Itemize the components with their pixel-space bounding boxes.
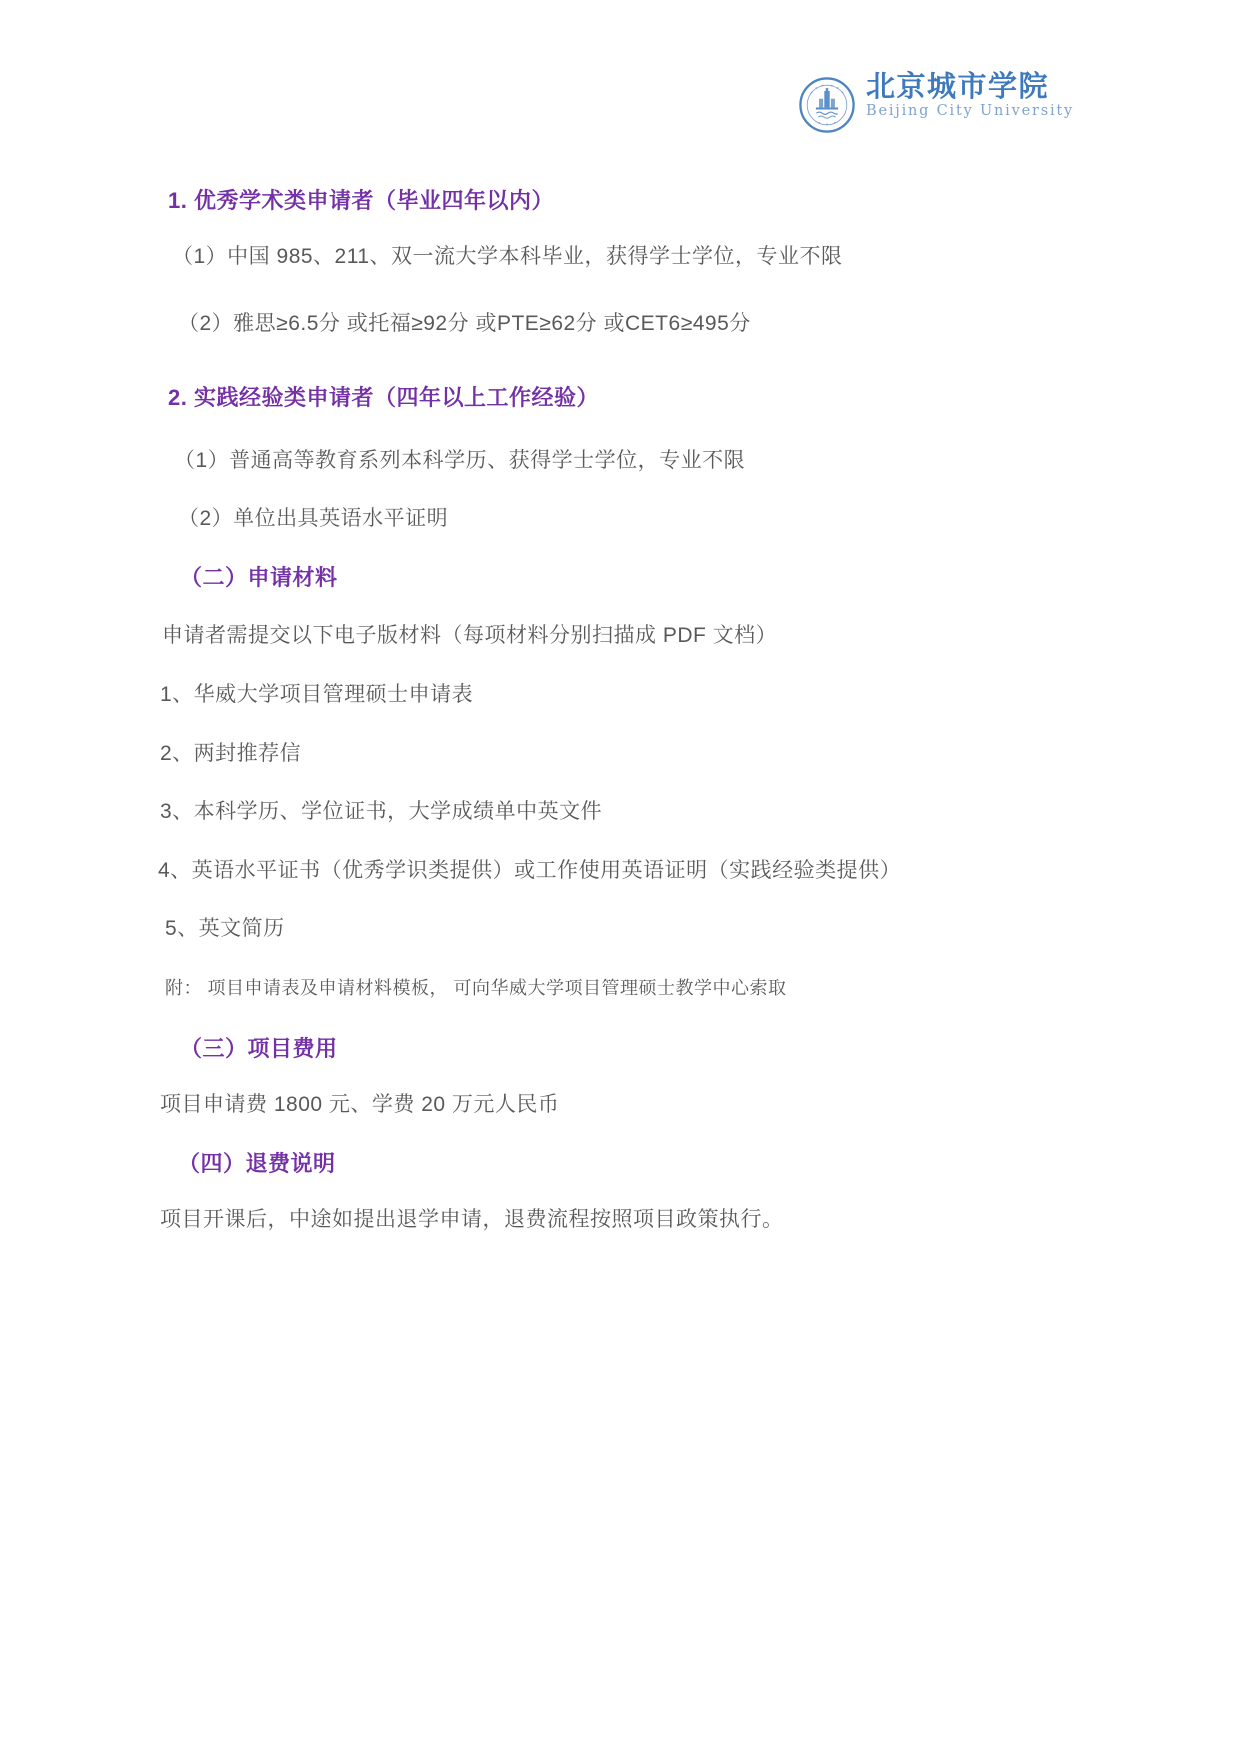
section-heading-refund-policy: （四）退费说明 [178, 1149, 336, 1179]
paragraph-materials-intro: 申请者需提交以下电子版材料（每项材料分别扫描成 PDF 文档） [162, 622, 777, 650]
section-heading-experience-applicants: 2. 实践经验类申请者（四年以上工作经验） [168, 383, 599, 413]
list-item-english-resume: 5、英文简历 [165, 915, 285, 943]
list-item-english-certificates: 4、英语水平证书（优秀学识类提供）或工作使用英语证明（实践经验类提供） [158, 857, 901, 885]
university-seal-icon [798, 76, 856, 134]
paragraph-fees: 项目申请费 1800 元、学费 20 万元人民币 [160, 1091, 559, 1119]
university-name-en: Beijing City University [866, 103, 1074, 120]
paragraph-academic-req-1: （1）中国 985、211、双一流大学本科毕业，获得学士学位，专业不限 [172, 243, 843, 271]
university-name: 北京城市学院 Beijing City University [866, 70, 1074, 120]
paragraph-refund: 项目开课后，中途如提出退学申请，退费流程按照项目政策执行。 [160, 1206, 784, 1234]
university-logo: 北京城市学院 Beijing City University [798, 70, 1074, 134]
list-item-application-form: 1、华威大学项目管理硕士申请表 [160, 681, 473, 709]
paragraph-academic-req-2: （2）雅思≥6.5分 或托福≥92分 或PTE≥62分 或CET6≥495分 [178, 310, 751, 338]
paragraph-experience-req-1: （1）普通高等教育系列本科学历、获得学士学位，专业不限 [174, 447, 745, 475]
paragraph-experience-req-2: （2）单位出具英语水平证明 [178, 505, 448, 533]
list-item-degree-certificates: 3、本科学历、学位证书，大学成绩单中英文件 [160, 798, 602, 826]
section-heading-academic-applicants: 1. 优秀学术类申请者（毕业四年以内） [168, 186, 554, 216]
section-heading-application-materials: （二）申请材料 [180, 563, 338, 593]
list-item-recommendation-letters: 2、两封推荐信 [160, 740, 301, 768]
university-name-cn: 北京城市学院 [866, 70, 1074, 102]
document-page: 北京城市学院 Beijing City University 1. 优秀学术类申… [0, 0, 1240, 1754]
note-template-source: 附： 项目申请表及申请材料模板， 可向华威大学项目管理硕士教学中心索取 [165, 976, 787, 1001]
section-heading-program-fees: （三）项目费用 [180, 1034, 338, 1064]
